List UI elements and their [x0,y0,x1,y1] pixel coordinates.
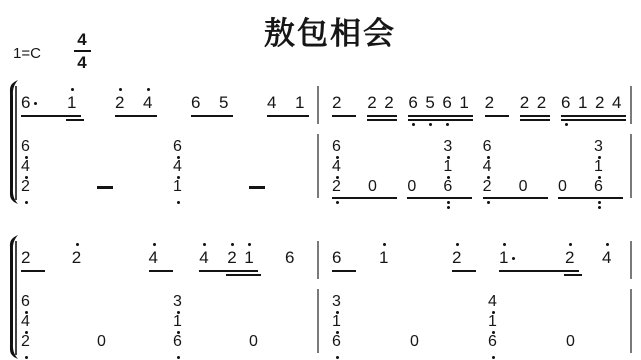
time-signature-divider [74,50,91,52]
rest-wrap: 0 [248,333,266,353]
note-digit: 6 [443,178,452,196]
chord-note: 6 [331,138,349,158]
octave-dot-above [503,243,506,246]
note-digit: 1 [578,93,587,112]
measure: 612124 [331,243,629,283]
note: 2 [484,88,512,128]
note: 5 [424,88,441,128]
note-digit: 4 [173,158,182,176]
beam-group: 4 [148,243,176,283]
note: 2 [594,88,611,128]
note-digit: 2 [595,93,604,112]
chord: 641 [172,134,236,212]
acc-group: 0 [409,289,473,360]
chord: 316 [442,134,478,212]
acc-group: 316 [172,289,236,360]
note: 1 [577,88,594,128]
chord-note: 2 [20,333,38,353]
chord: 316 [172,289,236,360]
note-digit: 0 [410,333,419,351]
measure: 642641 [20,134,312,212]
chord-note: 6 [442,178,460,198]
note-digit: 1 [594,158,603,176]
dash-wrap [248,178,266,198]
chord-note: 2 [331,178,349,198]
rest-note: 0 [557,134,593,212]
octave-dot-below [565,123,568,126]
note: 1 [498,243,564,283]
chord-note: 6 [20,138,38,158]
note: 2 [383,88,400,128]
octave-dot-above [203,243,206,246]
chord: 642 [482,134,518,212]
note-digit: 6 [561,93,570,112]
octave-dot-below [487,201,490,204]
note-digit: 4 [267,93,276,112]
octave-dot-below [25,356,28,359]
chord: 316 [331,289,395,360]
note-digit: 4 [488,293,497,311]
acc-group: 642 [20,289,84,360]
acc-group [96,134,160,212]
octave-dot-above [231,243,234,246]
note-digit: 4 [483,158,492,176]
system-open-barline [15,86,17,200]
note-digit: 6 [21,138,30,156]
note-digit: 6 [285,248,294,267]
note-digit: 4 [21,158,30,176]
note-digit: 4 [143,93,152,112]
octave-dot-above [119,88,122,91]
rest-note: 0 [409,289,473,360]
accompaniment-row: 642641 6420031664200316 [20,134,641,212]
beam-group: 4 [601,243,629,283]
dash-glyph [249,186,265,189]
octave-dot-below [177,201,180,204]
octave-dot-below [412,123,415,126]
rest-wrap: 0 [565,333,583,353]
octave-dot-above [606,243,609,246]
octave-dot-above [383,243,386,246]
octave-dot-below [447,206,450,209]
chord-note: 6 [172,138,190,158]
octave-dot-below [336,201,339,204]
octave-dot-below [598,206,601,209]
beam-group: 24 [114,88,160,128]
beam-group: 6 [331,243,359,283]
note-digit: 6 [21,293,30,311]
dash-glyph [97,186,113,189]
accompaniment-row: 64203160 31604160 [20,289,641,360]
note-digit: 2 [115,93,124,112]
octave-dot-above [456,243,459,246]
acc-group: 316 [331,289,395,360]
octave-dot-below [446,123,449,126]
note-digit: 3 [332,293,341,311]
note-digit: 6 [332,248,341,267]
dash-wrap [96,178,114,198]
grand-staff-bracket-icon [4,80,20,204]
note-digit: 6 [332,138,341,156]
octave-dot-below [598,201,601,204]
chord-note: 1 [593,158,611,178]
note: 4 [611,88,629,128]
note-digit: 1 [244,248,253,267]
acc-group: 6420 [331,134,403,212]
rest-note: 0 [367,134,403,212]
note: 6 [560,88,577,128]
chord-note: 4 [20,158,38,178]
note-digit: 4 [612,93,621,112]
barline [317,289,319,353]
chord-note: 3 [331,293,349,313]
beam-group: 421 [198,243,261,283]
beam-group: 22 [366,88,400,128]
rest-note: 0 [406,134,442,212]
beam-group: 2 [20,243,48,283]
note: 4 [148,243,176,283]
note-digit: 1 [459,93,468,112]
note-digit: 1 [173,178,182,196]
octave-dot-above [147,88,150,91]
rest-note: 0 [565,289,629,360]
note-digit: 6 [483,138,492,156]
rest-wrap: 0 [367,178,385,198]
measure: 31604160 [331,289,629,360]
rest-wrap: 0 [96,333,114,353]
chord-note: 3 [442,138,460,158]
measure: 22265612226124 [331,88,629,128]
acc-group [248,134,312,212]
octave-dot-below [447,201,450,204]
note-digit: 3 [443,138,452,156]
chord: 642 [331,134,367,212]
note: 1 [243,243,261,283]
rest-wrap: 0 [557,178,575,198]
chord-note: 1 [172,313,190,333]
acc-group: 6420 [482,134,554,212]
chord: 416 [487,289,551,360]
note-digit: 3 [173,293,182,311]
chord-note: 6 [593,178,611,198]
chord-note: 6 [331,333,349,353]
beam-group: 41 [266,88,312,128]
note-digit: 2 [72,248,81,267]
note: 4 [601,243,629,283]
note: 2 [114,88,142,128]
chord-note: 1 [331,313,349,333]
beam-line-2 [66,119,84,121]
note-digit: 2 [565,248,574,267]
octave-dot-below [177,356,180,359]
note: 4 [142,88,160,128]
note-digit: 2 [367,93,376,112]
half-note-dash [248,134,312,212]
barline [630,241,632,279]
chord-note: 3 [593,138,611,158]
note-digit: 4 [332,158,341,176]
note-digit: 6 [408,93,417,112]
note-digit: 3 [594,138,603,156]
note-digit: 6 [173,333,182,351]
augmentation-dot [34,102,37,105]
note: 6 [190,88,218,128]
acc-group: 0 [248,289,312,360]
chord-note: 2 [20,178,38,198]
sheet-music-page: 敖包相会 1=C 4 4 61246541 22265612226124 642… [0,0,641,360]
note: 5 [218,88,236,128]
note-digit: 4 [602,248,611,267]
acc-group: 0 [96,289,160,360]
octave-dot-above [153,243,156,246]
note: 4 [266,88,294,128]
octave-dot-below [492,356,495,359]
note: 2 [20,243,48,283]
song-title: 敖包相会 [20,8,640,53]
note-digit: 2 [332,93,341,112]
note: 2 [519,88,536,128]
note: 2 [451,243,479,283]
rest-note: 0 [518,134,554,212]
beam-group: 65 [190,88,236,128]
note: 2 [366,88,383,128]
chord-note: 6 [482,138,500,158]
note-digit: 0 [519,178,528,196]
system-2: 2244216 612124 64203160 31604160 [0,233,641,360]
barline [630,289,632,353]
note-digit: 1 [379,248,388,267]
rest-wrap: 0 [406,178,424,198]
barline [317,134,319,198]
note-digit: 1 [173,313,182,331]
beam-group: 2 [484,88,512,128]
system-open-barline [15,241,17,355]
beam-group: 2 [71,243,125,283]
beam-group: 22 [519,88,553,128]
chord-note: 6 [487,333,505,353]
note-digit: 1 [443,158,452,176]
beam-group: 12 [498,243,582,283]
note-digit: 6 [191,93,200,112]
note: 4 [198,243,226,283]
chord-note: 2 [482,178,500,198]
chord-note: 4 [331,158,349,178]
octave-dot-above [569,243,572,246]
note-digit: 0 [558,178,567,196]
key-signature: 1=C [13,45,41,62]
note: 6 [20,88,66,128]
note-digit: 2 [520,93,529,112]
note-digit: 6 [442,93,451,112]
note: 2 [226,243,243,283]
measure: 64203160 [20,289,312,360]
beam-line-2 [243,274,261,276]
note-digit: 6 [173,138,182,156]
beam-group: 6561 [407,88,476,128]
note: 2 [331,88,359,128]
time-signature-numerator: 4 [71,30,93,49]
rest-note: 0 [248,289,312,360]
chord-note: 6 [172,333,190,353]
note-digit: 2 [537,93,546,112]
note-digit: 6 [594,178,603,196]
note-digit: 2 [21,248,30,267]
acc-group: 0316 [557,134,629,212]
note-digit: 1 [332,313,341,331]
grand-staff-bracket-icon [4,235,20,359]
note-digit: 0 [566,333,575,351]
note: 1 [458,88,476,128]
rest-wrap: 0 [409,333,427,353]
chord-note: 4 [20,313,38,333]
half-note-dash [96,134,160,212]
note-digit: 2 [332,178,341,196]
barline [630,134,632,198]
octave-dot-above [71,88,74,91]
octave-dot-above [248,243,251,246]
beam-group: 6 [284,243,312,283]
note-digit: 6 [21,93,30,112]
note-digit: 0 [249,333,258,351]
note-digit: 5 [425,93,434,112]
note-digit: 5 [219,93,228,112]
note: 1 [294,88,312,128]
time-signature: 4 4 [71,30,93,72]
octave-dot-above [76,243,79,246]
barline [317,241,319,279]
note-digit: 2 [227,248,236,267]
time-signature-denominator: 4 [71,53,93,72]
note: 1 [66,88,84,128]
acc-group: 0 [565,289,629,360]
note: 6 [284,243,312,283]
note-digit: 0 [407,178,416,196]
note-digit: 6 [488,333,497,351]
chord-note: 4 [487,293,505,313]
note: 6 [331,243,359,283]
chord-note: 1 [172,178,190,198]
beam-group: 61 [20,88,84,128]
chord-note: 4 [172,158,190,178]
chord-note: 1 [487,313,505,333]
octave-dot-below [25,201,28,204]
melody-row: 61246541 22265612226124 [20,88,641,128]
note-digit: 4 [199,248,208,267]
barline [317,86,319,124]
note: 6 [441,88,458,128]
note-digit: 2 [21,178,30,196]
acc-group: 642 [20,134,84,212]
octave-dot-below [429,123,432,126]
rest-wrap: 0 [518,178,536,198]
acc-group: 0316 [406,134,478,212]
note-digit: 2 [452,248,461,267]
beam-line-2 [564,274,582,276]
note-digit: 1 [295,93,304,112]
note-digit: 1 [499,248,508,267]
acc-group: 416 [487,289,551,360]
beam-line-2 [226,274,243,276]
measure: 2244216 [20,243,312,283]
chord: 642 [20,134,84,212]
melody-row: 2244216 612124 [20,243,641,283]
note: 6 [407,88,424,128]
note: 2 [71,243,125,283]
chord-note: 6 [20,293,38,313]
acc-group: 641 [172,134,236,212]
rest-note: 0 [96,289,160,360]
octave-dot-below [336,356,339,359]
beam-group: 6124 [560,88,629,128]
note: 1 [378,243,432,283]
note-digit: 4 [21,313,30,331]
measure: 61246541 [20,88,312,128]
chord-note: 3 [172,293,190,313]
beam-group: 2 [331,88,359,128]
beam-group: 1 [378,243,432,283]
note: 2 [564,243,582,283]
chord: 642 [20,289,84,360]
chord: 316 [593,134,629,212]
note-digit: 1 [67,93,76,112]
note: 2 [536,88,553,128]
note-digit: 0 [368,178,377,196]
note-digit: 1 [488,313,497,331]
beam-group: 2 [451,243,479,283]
note-digit: 2 [384,93,393,112]
barline [630,86,632,124]
chord-note: 1 [442,158,460,178]
augmentation-dot [512,257,515,260]
measure: 6420031664200316 [331,134,629,212]
note-digit: 2 [483,178,492,196]
note-digit: 2 [485,93,494,112]
note-digit: 6 [332,333,341,351]
note-digit: 0 [97,333,106,351]
chord-note: 4 [482,158,500,178]
system-1: 61246541 22265612226124 642641 642003166… [0,78,641,208]
note-digit: 2 [21,333,30,351]
note-digit: 4 [149,248,158,267]
